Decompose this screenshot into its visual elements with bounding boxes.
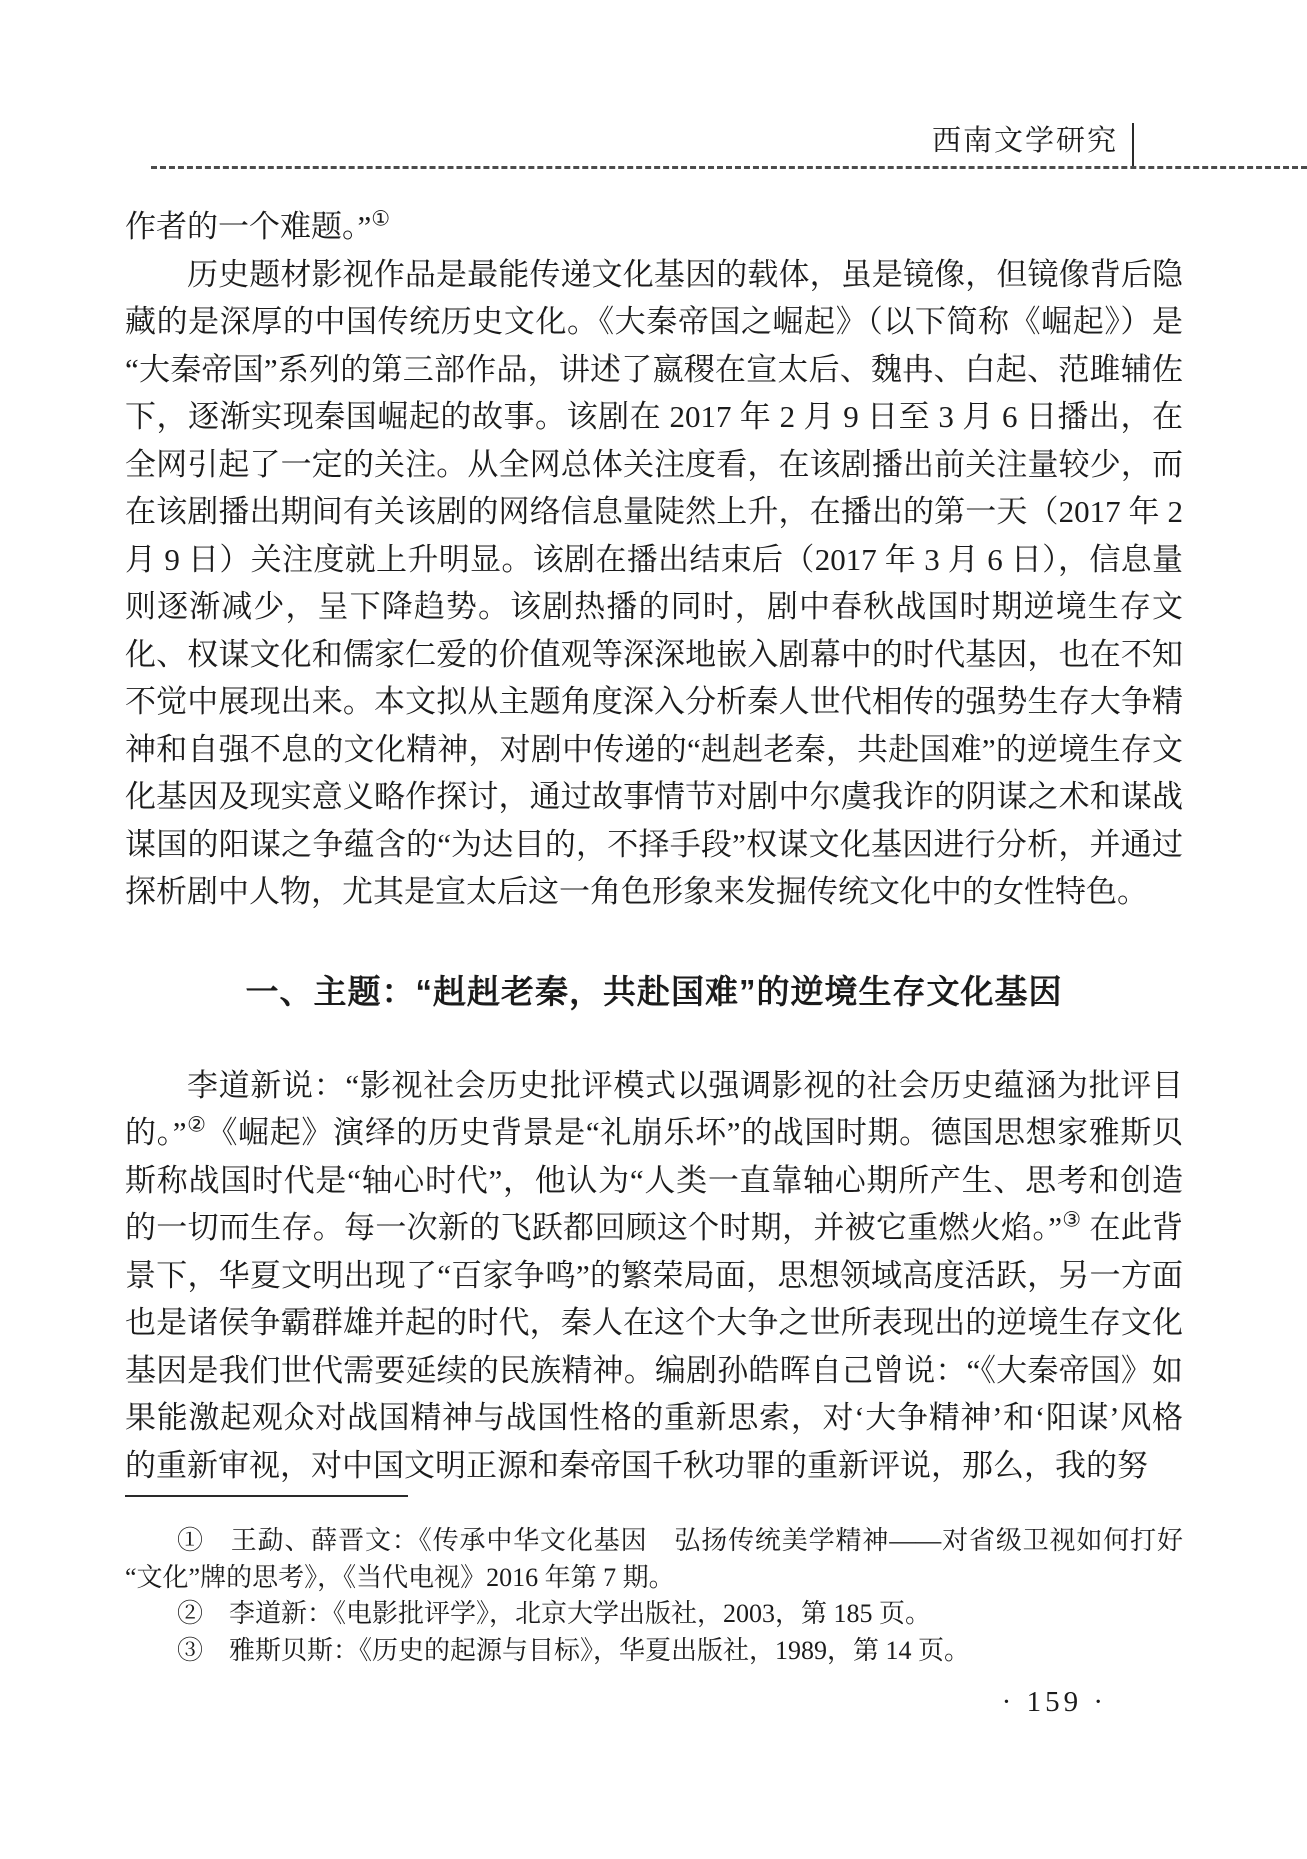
paragraph-2: 李道新说：“影视社会历史批评模式以强调影视的社会历史蕴涵为批评目的。”②《崛起》… xyxy=(125,1062,1183,1490)
page-number: · 159 · xyxy=(1002,1686,1107,1719)
footnote-ref-mark: ① xyxy=(371,207,390,231)
footnotes-block: ① 王勐、薛晋文：《传承中华文化基因 弘扬传统美学精神——对省级卫视如何打好“文… xyxy=(125,1523,1183,1669)
paragraph-continuation: 作者的一个难题。”① xyxy=(125,203,1183,251)
journal-page: 西南文学研究 作者的一个难题。”① 历史题材影视作品是最能传递文化基因的载体，虽… xyxy=(0,0,1307,1859)
footnote-ref-mark: ② xyxy=(186,1113,206,1137)
article-body: 作者的一个难题。”① 历史题材影视作品是最能传递文化基因的载体，虽是镜像，但镜像… xyxy=(125,203,1183,1669)
header-dashed-rule xyxy=(151,166,1307,169)
footnote-ref-mark: ③ xyxy=(1062,1208,1081,1232)
footnote-3: ③ 雅斯贝斯：《历史的起源与目标》，华夏出版社，1989，第 14 页。 xyxy=(125,1633,1183,1670)
footnote-separator-rule xyxy=(125,1495,408,1497)
paragraph-1: 历史题材影视作品是最能传递文化基因的载体，虽是镜像，但镜像背后隐藏的是深厚的中国… xyxy=(125,251,1183,916)
journal-title: 西南文学研究 xyxy=(932,118,1118,159)
footnote-2: ② 李道新：《电影批评学》，北京大学出版社，2003，第 185 页。 xyxy=(125,1596,1183,1633)
footnote-1: ① 王勐、薛晋文：《传承中华文化基因 弘扬传统美学精神——对省级卫视如何打好“文… xyxy=(125,1523,1183,1596)
section-heading: 一、主题：“赳赳老秦，共赴国难”的逆境生存文化基因 xyxy=(125,968,1183,1016)
header-divider-bar xyxy=(1132,123,1134,168)
